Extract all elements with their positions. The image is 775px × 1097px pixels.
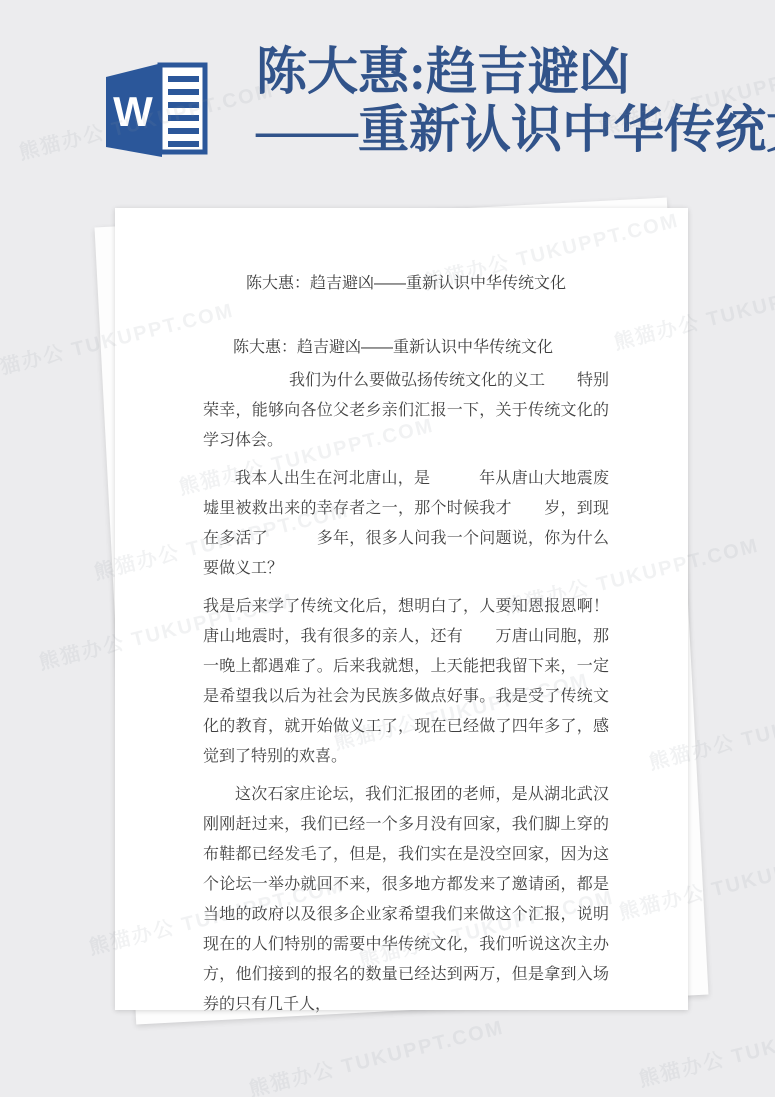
document-page: 陈大惠：趋吉避凶——重新认识中华传统文化 陈大惠：趋吉避凶——重新认识中华传统文… [115, 208, 688, 1010]
document-paragraph: 我们为什么要做弘扬传统文化的义工 特别荣幸，能够向各位父老乡亲们汇报一下，关于传… [203, 366, 609, 456]
page-title-line2: ——重新认识中华传统文化 [256, 102, 775, 160]
document-paragraph: 这次石家庄论坛，我们汇报团的老师，是从湖北武汉刚刚赶过来，我们已经一个多月没有回… [203, 780, 609, 1020]
document-paragraph: 我是后来学了传统文化后，想明白了，人要知恩报恩啊！唐山地震时，我有很多的亲人，还… [203, 592, 609, 772]
document-paragraph: 我本人出生在河北唐山，是 年从唐山大地震废墟里被救出来的幸存者之一，那个时候我才… [203, 464, 609, 584]
document-preview-page: { "header": { "icon_name": "word-file-ic… [0, 0, 775, 1097]
document-paragraphs: 我们为什么要做弘扬传统文化的义工 特别荣幸，能够向各位父老乡亲们汇报一下，关于传… [203, 366, 609, 1020]
document-content: 陈大惠：趋吉避凶——重新认识中华传统文化 陈大惠：趋吉避凶——重新认识中华传统文… [115, 208, 688, 1020]
word-icon-letter: W [113, 88, 153, 135]
document-title-centered: 陈大惠：趋吉避凶——重新认识中华传统文化 [203, 274, 609, 294]
word-file-icon: W [100, 56, 210, 162]
watermark: 熊猫办公 TUKUPPT.COM [245, 1011, 506, 1097]
page-title-line1: 陈大惠:趋吉避凶 [256, 44, 775, 102]
document-heading: 陈大惠：趋吉避凶——重新认识中华传统文化 [203, 338, 609, 358]
page-title: 陈大惠:趋吉避凶 ——重新认识中华传统文化 [256, 44, 775, 160]
